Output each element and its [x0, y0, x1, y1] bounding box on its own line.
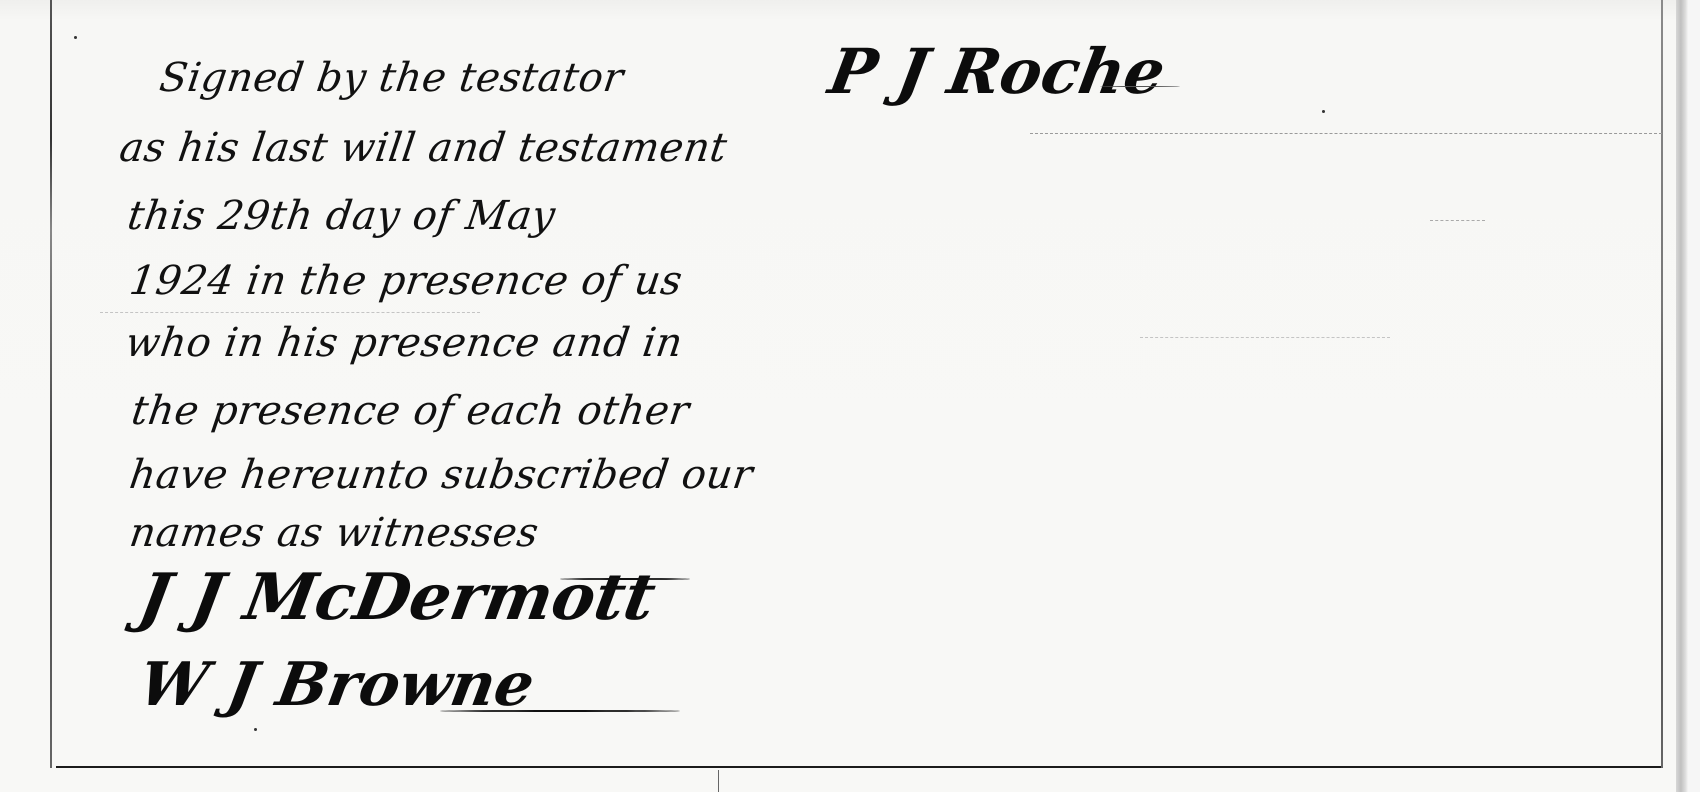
attestation-line-6: the presence of each other — [129, 388, 693, 434]
faint-tick-line — [1430, 220, 1485, 221]
ink-speck — [1322, 110, 1325, 113]
attestation-line-4: 1924 in the presence of us — [127, 258, 686, 304]
attestation-clause: Signed by the testator as his last will … — [120, 0, 820, 560]
attestation-line-3: this 29th day of May — [125, 193, 559, 239]
frame-bottom-border — [56, 766, 1662, 768]
ink-speck — [74, 36, 77, 39]
attestation-line-7: have hereunto subscribed our — [127, 452, 756, 498]
fold-mark — [718, 770, 719, 792]
witness-signature-2-flourish — [440, 710, 680, 712]
testator-signature-flourish — [1100, 86, 1180, 87]
ink-speck — [254, 728, 257, 731]
witness-signature-1: J J McDermott — [133, 560, 661, 635]
attestation-line-1: Signed by the testator — [157, 55, 627, 101]
attestation-line-2: as his last will and testament — [117, 125, 730, 171]
attestation-line-8: names as witnesses — [127, 510, 542, 556]
testator-signature: P J Roche — [824, 35, 1171, 108]
frame-right-border — [1661, 0, 1663, 768]
attestation-line-5: who in his presence and in — [123, 320, 686, 366]
paper-edge-shadow — [1676, 0, 1688, 792]
frame-left-border — [50, 0, 52, 768]
scanned-will-page: Signed by the testator as his last will … — [0, 0, 1700, 792]
faint-ruling-line-right — [1140, 337, 1390, 338]
witness-signature-1-flourish — [560, 578, 690, 580]
paper-right-margin — [1688, 0, 1700, 792]
signature-ruling-line — [1030, 133, 1662, 134]
